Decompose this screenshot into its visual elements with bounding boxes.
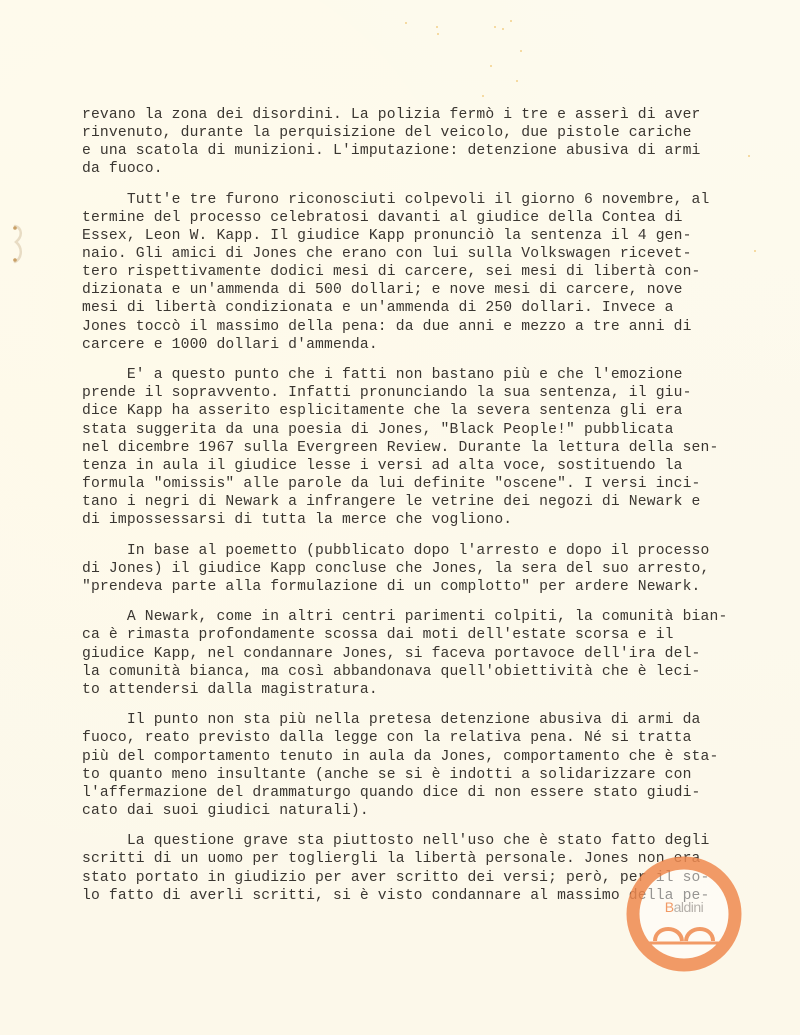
text-line: termine del processo celebratosi davanti…: [82, 209, 762, 227]
paragraph-1: revano la zona dei disordini. La polizia…: [82, 106, 762, 178]
text-line: l'affermazione del drammaturgo quando di…: [82, 784, 762, 802]
stamp-label: Baldini: [625, 899, 743, 915]
text-line: "prendeva parte alla formulazione di un …: [82, 578, 762, 596]
text-line: E' a questo punto che i fatti non bastan…: [82, 366, 762, 384]
text-line: Tutt'e tre furono riconosciuti colpevoli…: [82, 191, 762, 209]
margin-annotation-icon: [10, 222, 26, 266]
text-line: Jones toccò il massimo della pena: da du…: [82, 318, 762, 336]
text-line: prende il sopravvento. Infatti pronuncia…: [82, 384, 762, 402]
text-line: più del comportamento tenuto in aula da …: [82, 748, 762, 766]
paragraph-6: Il punto non sta più nella pretesa deten…: [82, 711, 762, 820]
text-line: e una scatola di munizioni. L'imputazion…: [82, 142, 762, 160]
text-line: to quanto meno insultante (anche se si è…: [82, 766, 762, 784]
document-page: revano la zona dei disordini. La polizia…: [0, 0, 800, 1035]
text-line: dice Kapp ha asserito esplicitamente che…: [82, 402, 762, 420]
text-line: da fuoco.: [82, 160, 762, 178]
text-line: la comunità bianca, ma così abbandonava …: [82, 663, 762, 681]
text-line: rinvenuto, durante la perquisizione del …: [82, 124, 762, 142]
text-line: La questione grave sta piuttosto nell'us…: [82, 832, 762, 850]
text-line: di impossessarsi di tutta la merce che v…: [82, 511, 762, 529]
text-line: mesi di libertà condizionata e un'ammend…: [82, 299, 762, 317]
text-line: naio. Gli amici di Jones che erano con l…: [82, 245, 762, 263]
text-line: fuoco, reato previsto dalla legge con la…: [82, 729, 762, 747]
text-line: dizionata e un'ammenda di 500 dollari; e…: [82, 281, 762, 299]
text-line: ca è rimasta profondamente scossa dai mo…: [82, 626, 762, 644]
text-line: cato dai suoi giudici naturali).: [82, 802, 762, 820]
text-line: tano i negri di Newark a infrangere le v…: [82, 493, 762, 511]
text-line: stata suggerita da una poesia di Jones, …: [82, 421, 762, 439]
text-line: giudice Kapp, nel condannare Jones, si f…: [82, 645, 762, 663]
text-line: A Newark, come in altri centri parimenti…: [82, 608, 762, 626]
typescript-body: revano la zona dei disordini. La polizia…: [82, 106, 762, 917]
text-line: di Jones) il giudice Kapp concluse che J…: [82, 560, 762, 578]
text-line: carcere e 1000 dollari d'ammenda.: [82, 336, 762, 354]
baldini-watermark-stamp: Baldini: [625, 855, 743, 973]
text-line: nel dicembre 1967 sulla Evergreen Review…: [82, 439, 762, 457]
text-line: formula "omissis" alle parole da lui def…: [82, 475, 762, 493]
paragraph-4: In base al poemetto (pubblicato dopo l'a…: [82, 542, 762, 596]
text-line: Essex, Leon W. Kapp. Il giudice Kapp pro…: [82, 227, 762, 245]
text-line: to attendersi dalla magistratura.: [82, 681, 762, 699]
text-line: revano la zona dei disordini. La polizia…: [82, 106, 762, 124]
text-line: Il punto non sta più nella pretesa deten…: [82, 711, 762, 729]
text-line: tero rispettivamente dodici mesi di carc…: [82, 263, 762, 281]
paragraph-5: A Newark, come in altri centri parimenti…: [82, 608, 762, 698]
text-line: In base al poemetto (pubblicato dopo l'a…: [82, 542, 762, 560]
paragraph-3: E' a questo punto che i fatti non bastan…: [82, 366, 762, 529]
paragraph-2: Tutt'e tre furono riconosciuti colpevoli…: [82, 191, 762, 354]
text-line: tenza in aula il giudice lesse i versi a…: [82, 457, 762, 475]
